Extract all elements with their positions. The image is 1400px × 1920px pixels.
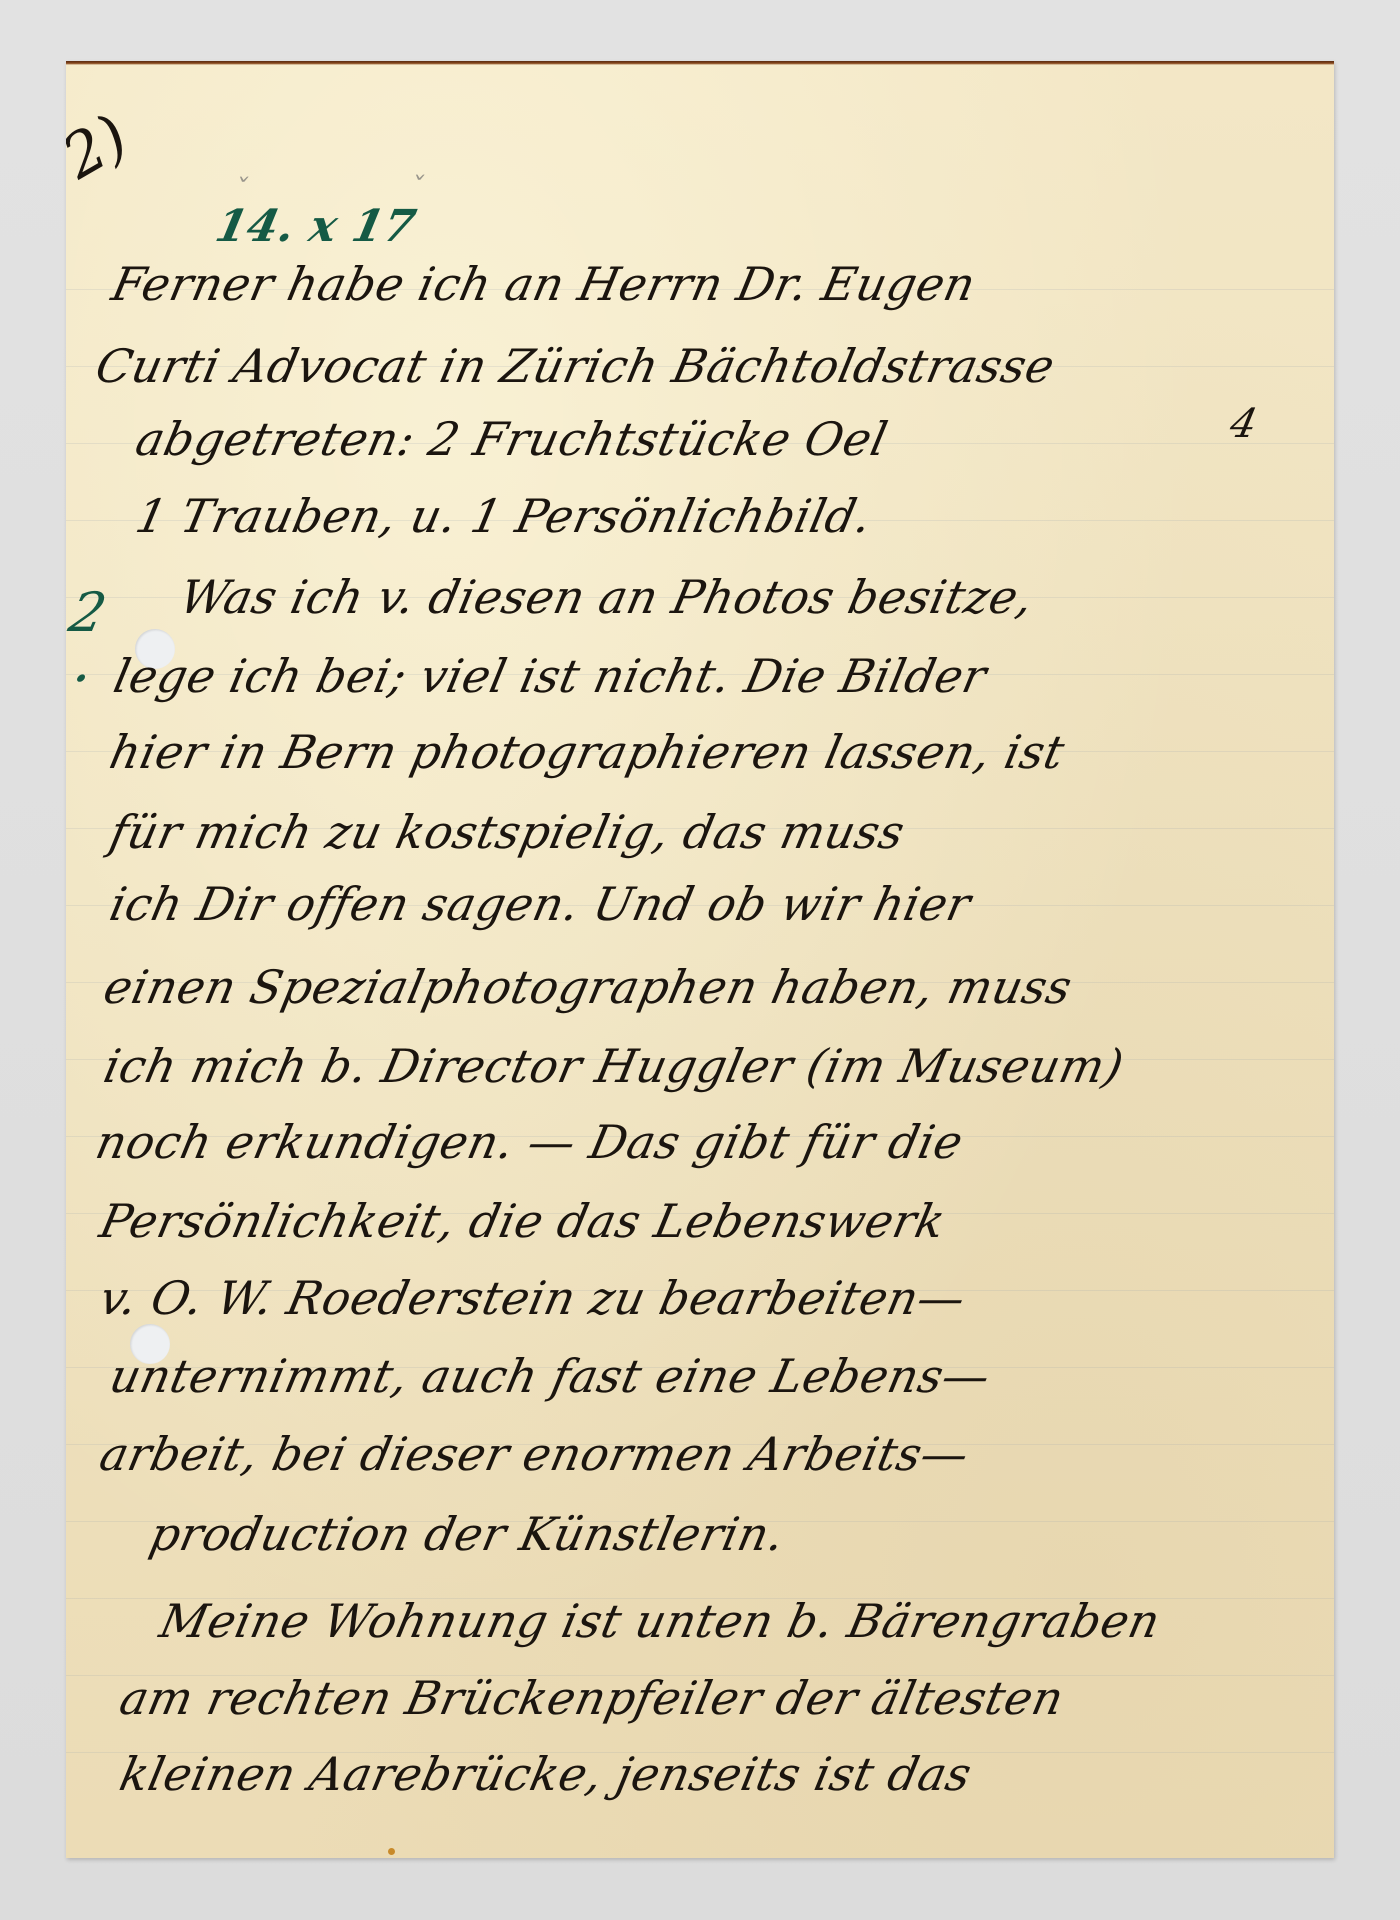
letter-page: 2) ˇ ˇ 14. x 17 2 · 4 Ferner habe ich an… bbox=[66, 61, 1334, 1858]
text-line-14: v. O. W. Roederstein zu bearbeiten— bbox=[96, 1275, 970, 1321]
text-line-12: noch erkundigen. — Das gibt für die bbox=[92, 1119, 967, 1165]
text-line-2: Curti Advocat in Zürich Bächtoldstrasse bbox=[92, 343, 1059, 389]
text-line-content: Ferner habe ich an Herrn Dr. Eugen bbox=[107, 257, 980, 311]
page-number-marker: 2) bbox=[66, 101, 140, 193]
text-line-6: lege ich bei; viel ist nicht. Die Bilder bbox=[110, 653, 991, 699]
text-line-18: Meine Wohnung ist unten b. Bärengraben bbox=[156, 1598, 1164, 1644]
text-line-1: Ferner habe ich an Herrn Dr. Eugen bbox=[108, 261, 1268, 307]
margin-mark: · bbox=[69, 655, 93, 702]
text-line-11: ich mich b. Director Huggler (im Museum) bbox=[100, 1043, 1128, 1089]
text-line-3: abgetreten: 2 Fruchtstücke Oel bbox=[132, 416, 892, 462]
paper-top-edge bbox=[66, 61, 1334, 65]
text-line-15: unternimmt, auch fast eine Lebens— bbox=[106, 1353, 994, 1399]
text-line-17: production der Künstlerin. bbox=[146, 1511, 789, 1557]
text-line-9: ich Dir offen sagen. Und ob wir hier bbox=[106, 881, 975, 927]
ink-stain bbox=[388, 1848, 395, 1855]
text-line-5: Was ich v. diesen an Photos besitze, bbox=[176, 574, 1038, 620]
date-annotation: 14. x 17 bbox=[211, 201, 420, 252]
text-line-16: arbeit, bei dieser enormen Arbeits— bbox=[96, 1431, 973, 1477]
insert-mark: 4 bbox=[1226, 401, 1262, 447]
text-line-4: 1 Trauben, u. 1 Persönlichbild. bbox=[132, 493, 876, 539]
pencil-check-mark: ˇ bbox=[407, 171, 429, 204]
text-line-13: Persönlichkeit, die das Lebenswerk bbox=[96, 1198, 949, 1244]
text-line-10: einen Spezialphotographen haben, muss bbox=[100, 964, 1076, 1010]
text-line-7: hier in Bern photographieren lassen, ist bbox=[106, 729, 1069, 775]
text-line-20: kleinen Aarebrücke, jenseits ist das bbox=[116, 1751, 976, 1797]
margin-mark: 2 bbox=[66, 581, 112, 644]
text-line-8: für mich zu kostspielig, das muss bbox=[106, 809, 909, 855]
text-line-19: am rechten Brückenpfeiler der ältesten bbox=[116, 1675, 1068, 1721]
